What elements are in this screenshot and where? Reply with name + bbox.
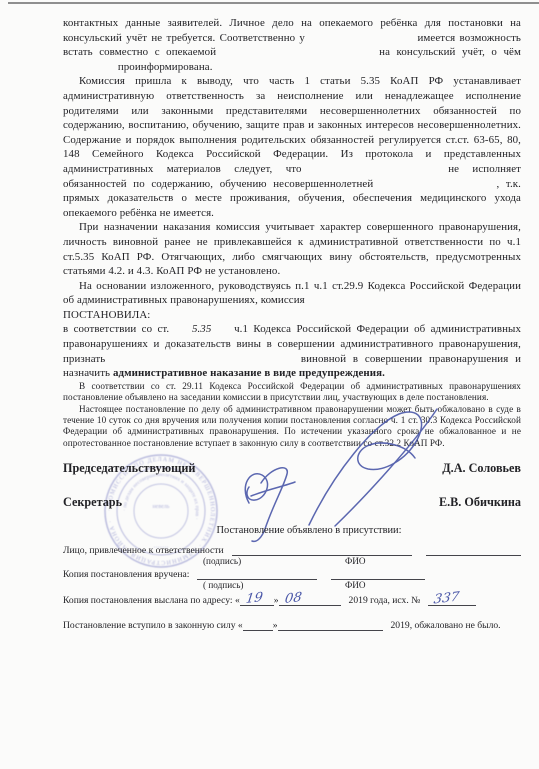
handwritten-month: 08 — [283, 590, 302, 607]
copy-label: Копия постановления вручена: — [63, 569, 189, 580]
copy-sign-caption: ( подпись) — [203, 580, 243, 590]
copy-signature-line — [197, 569, 317, 580]
paragraph-segment: в соответствии со ст. — [63, 323, 169, 335]
person-fio-caption: ФИО — [345, 556, 366, 566]
sent-month-line: 08 — [279, 595, 341, 606]
redacted-blank — [223, 54, 373, 55]
redacted-blank — [217, 331, 229, 332]
sent-day-line: 19 — [240, 595, 274, 606]
body-paragraphs: контактных данные заявителей. Личное дел… — [63, 16, 521, 449]
paragraph: контактных данные заявителей. Личное дел… — [63, 16, 521, 74]
secretary-row: Секретарь Е.В. Обичкина — [63, 495, 521, 510]
paragraph: В соответствии со ст. 29.11 Кодекса Росс… — [63, 381, 521, 404]
paragraph-segment: Настоящее постановление по делу об админ… — [63, 404, 521, 448]
chairman-name: Д.А. Соловьев — [442, 461, 521, 476]
paragraph: ПОСТАНОВИЛА: — [63, 308, 521, 323]
document-content: контактных данные заявителей. Личное дел… — [63, 16, 521, 631]
paragraph-segment: на консульский учёт, о чём — [379, 46, 521, 58]
secretary-name: Е.В. Обичкина — [439, 495, 521, 510]
paragraph-segment: В соответствии со ст. 29.11 Кодекса Росс… — [63, 381, 521, 402]
person-sublabels: (подпись) ФИО — [63, 556, 521, 567]
sent-row: Копия постановления выслана по адресу: «… — [63, 595, 521, 606]
paragraph-segment: проинформирована. — [118, 61, 213, 73]
secretary-label: Секретарь — [63, 495, 122, 510]
entered-tail: 2019, обжаловано не было. — [391, 620, 501, 631]
person-extra-line — [426, 545, 521, 556]
paragraph: в соответствии со ст. 5.35 ч.1 Кодекса Р… — [63, 322, 521, 380]
signature-block: · КОМИССИЯ ПО ДЕЛАМ НЕСОВЕРШЕННОЛЕТНИХ ·… — [63, 461, 521, 631]
scan-edge-line — [8, 2, 539, 4]
sent-label: Копия постановления выслана по адресу: « — [63, 595, 240, 606]
sent-number-line: 337 — [428, 595, 476, 606]
redacted-blank — [380, 186, 490, 187]
entered-day-line — [243, 620, 273, 631]
redacted-blank — [63, 69, 115, 70]
person-sign-caption: (подпись) — [203, 556, 241, 566]
copy-fio-line — [331, 569, 425, 580]
entered-row: Постановление вступило в законную силу «… — [63, 620, 521, 631]
handwritten-number: 337 — [433, 590, 460, 608]
redacted-blank — [315, 171, 435, 172]
entered-label: Постановление вступило в законную силу « — [63, 620, 243, 631]
paragraph-segment: При назначении наказания комиссия учитыв… — [63, 221, 521, 277]
entered-date-line — [278, 620, 383, 631]
paragraph-segment: административное наказание в виде предуп… — [113, 367, 385, 379]
paragraph: При назначении наказания комиссия учитыв… — [63, 220, 521, 278]
paragraph: Комиссия пришла к выводу, что часть 1 ст… — [63, 74, 521, 220]
paragraph-segment: Комиссия пришла к выводу, что часть 1 ст… — [63, 75, 521, 175]
person-label: Лицо, привлеченное к ответственности — [63, 545, 224, 556]
paragraph-segment: 5.35 — [192, 323, 211, 335]
sent-year-text: 2019 года, исх. № — [349, 595, 421, 606]
redacted-blank — [309, 40, 413, 41]
handwritten-day: 19 — [245, 590, 264, 607]
person-signature-line — [232, 545, 412, 556]
paragraph-segment: На основании изложенного, руководствуясь… — [63, 280, 521, 307]
person-row: Лицо, привлеченное к ответственности — [63, 545, 521, 556]
form-area: Лицо, привлеченное к ответственности (по… — [63, 545, 521, 631]
chairman-row: Председательствующий Д.А. Соловьев — [63, 461, 521, 476]
copy-fio-caption: ФИО — [345, 580, 366, 590]
copy-row: Копия постановления вручена: — [63, 569, 521, 580]
announced-line: Постановление объявлено в присутствии: — [63, 525, 521, 536]
redacted-blank — [112, 361, 294, 362]
chairman-label: Председательствующий — [63, 461, 195, 476]
redacted-blank — [175, 331, 187, 332]
paragraph: На основании изложенного, руководствуясь… — [63, 279, 521, 308]
paragraph-segment: ПОСТАНОВИЛА: — [63, 309, 150, 321]
document-page: контактных данные заявителей. Личное дел… — [0, 0, 539, 769]
